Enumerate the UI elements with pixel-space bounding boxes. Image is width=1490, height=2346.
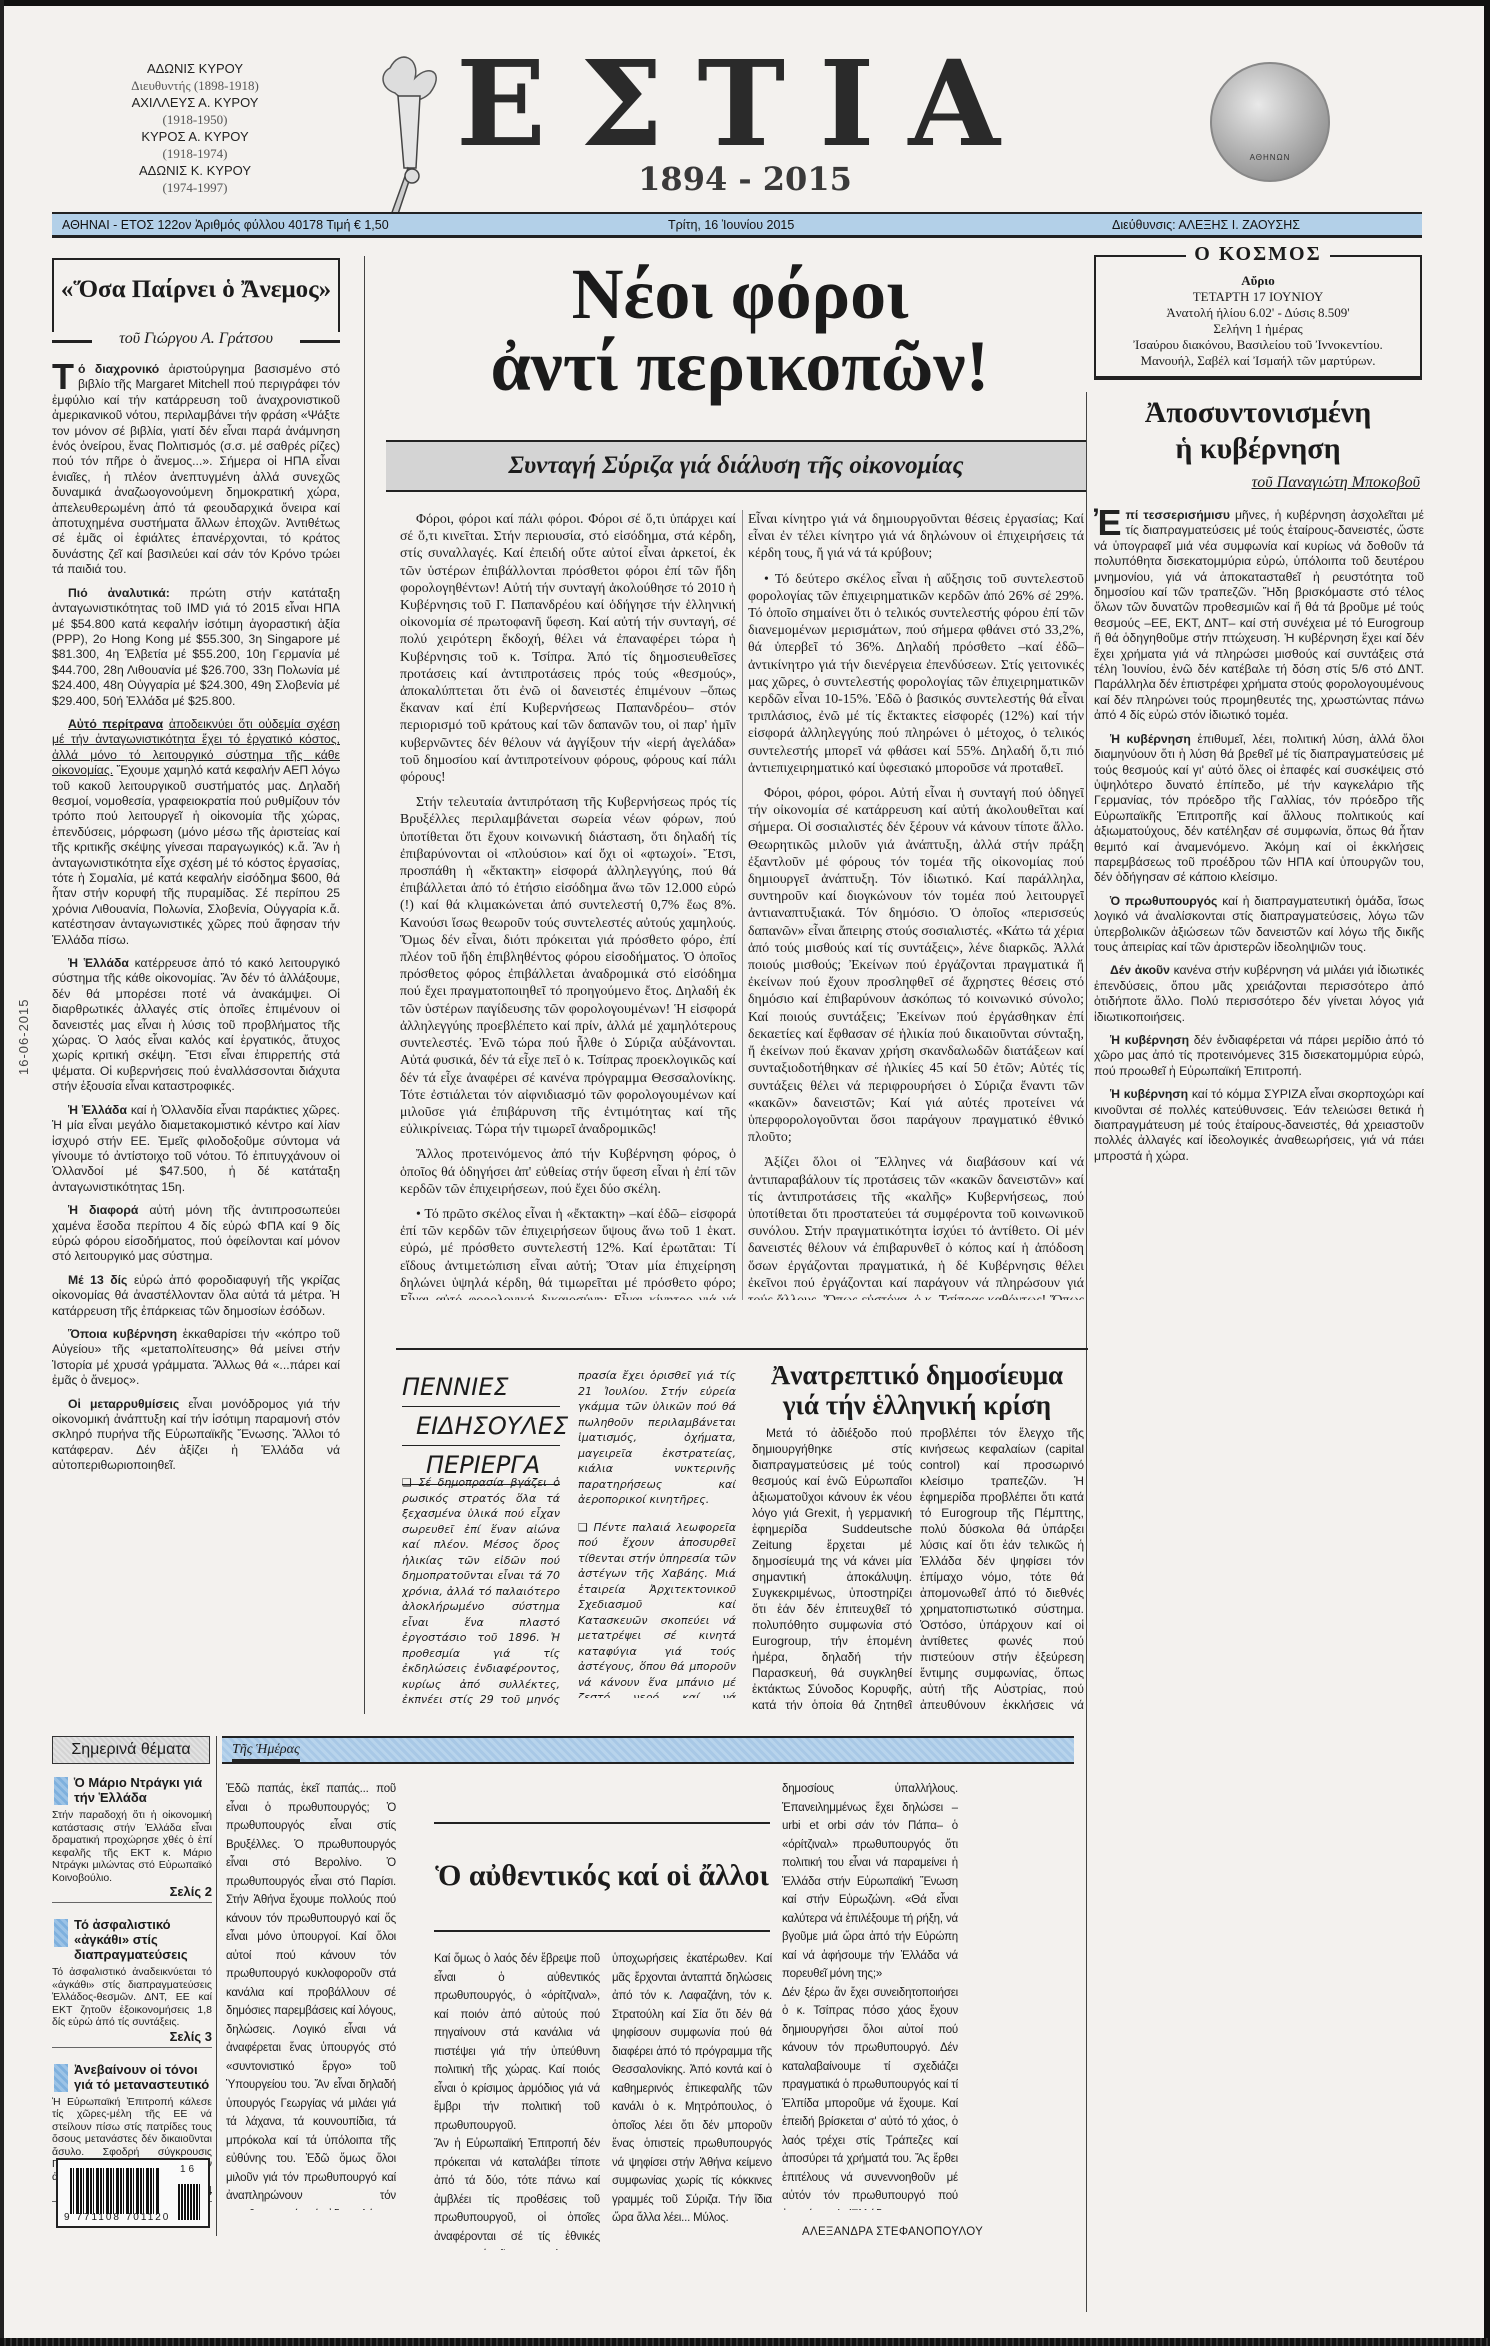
kosmos-date: ΤΕΤΑΡΤΗ 17 ΙΟΥΝΙΟΥ: [1096, 289, 1420, 305]
kosmos-moon: Σελήνη 1 ἡμέρας: [1096, 321, 1420, 337]
main-subheadline: Συνταγή Σύριζα γιά διάλυση τῆς οἰκονομία…: [386, 440, 1086, 492]
masthead: ΕΣΤΙΑ 1894 - 2015: [380, 40, 1110, 196]
kosmos-box: Ο ΚΟΣΜΟΣ Αὔριο ΤΕΤΑΡΤΗ 17 ΙΟΥΝΙΟΥ Ἀνατολ…: [1094, 255, 1422, 380]
barcode-addon: 16: [180, 2164, 197, 2175]
right-article-byline: τοῦ Παναγιώτη Μποκοβοῦ: [1094, 474, 1420, 492]
day-section-bar: Τῆς Ἡμέρας: [222, 1736, 1074, 1764]
issue-info-bar: ΑΘΗΝΑΙ - ΕΤΟΣ 122ον Ἀριθμός φύλλου 40178…: [52, 212, 1422, 238]
article-2-title: Ἀνατρεπτικό δημοσίευμα γιά τήν ἑλληνική …: [750, 1360, 1084, 1420]
director-name: Διεύθυνσις: ΑΛΕΞΗΣ Ι. ΖΑΟΥΣΗΣ: [1112, 218, 1300, 232]
issue-number: ΑΘΗΝΑΙ - ΕΤΟΣ 122ον Ἀριθμός φύλλου 40178…: [62, 218, 389, 232]
right-article-title: Ἀποσυντονισμένη ἡ κυβέρνηση: [1094, 395, 1422, 467]
column-divider: [364, 256, 365, 1714]
pennies-section-title: ΠΕΝΝΙΕΣ ΕΙΔΗΣΟΥΛΕΣ ΠΕΡΙΕΡΓΑ: [402, 1368, 560, 1485]
day-title-box: Ὁ αὐθεντικός καί οἱ ἄλλοι: [434, 1822, 770, 1932]
coin-emblem-icon: ΑΘΗΝΩΝ: [1210, 62, 1330, 182]
dropcap: Τ: [52, 362, 74, 392]
topic-summary: Τό ἀσφαλιστικό ἀναδεικνύεται τό «ἀγκάθι»…: [52, 1966, 212, 2029]
barcode-addon-bars-icon: [178, 2184, 200, 2220]
topic-page: Σελίς 2: [52, 1884, 212, 1899]
founder-name: ΑΧΙΛΛΕΥΣ Α. ΚΥΡΟΥ: [100, 94, 290, 111]
today-topics-title: Σημερινά θέματα: [52, 1736, 210, 1764]
founder-years: (1918-1950): [100, 111, 290, 128]
right-article-body: Ἐπί τεσσερισήμισυ μῆνες, ἡ κυβέρνηση ἀσχ…: [1094, 508, 1424, 2248]
page-border-right: [1484, 0, 1490, 2346]
today-topics-list: Ὁ Μάριο Ντράγκι γιά τήν Ἑλλάδα Στήν παρα…: [52, 1775, 212, 2216]
kosmos-tomorrow: Αὔριο: [1096, 273, 1420, 289]
kosmos-sun: Ἀνατολή ἡλίου 6.02' - Δύσις 8.509': [1096, 305, 1420, 321]
founder-name: ΚΥΡΟΣ Α. ΚΥΡΟΥ: [100, 128, 290, 145]
topic-item[interactable]: Ὁ Μάριο Ντράγκι γιά τήν Ἑλλάδα Στήν παρα…: [52, 1775, 212, 1903]
left-article-body: Τό διαχρονικό ἀριστούργημα βασισμένο στό…: [52, 362, 340, 1682]
day-column-4: δημοσίους ὑπαλλήλους. Ἐπανειλημμένως ἔχε…: [782, 1780, 958, 2210]
main-article-column-1: Φόροι, φόροι καί πάλι φόροι. Φόροι σέ ὅ,…: [400, 510, 736, 1300]
section-divider: [396, 1348, 1088, 1350]
topic-headline: Ὁ Μάριο Ντράγκι γιά τήν Ἑλλάδα: [52, 1775, 212, 1805]
founders-list: ΑΔΩΝΙΣ ΚΥΡΟΥ Διευθυντής (1898-1918) ΑΧΙΛ…: [100, 60, 290, 196]
left-article-title: «Ὅσα Παίρνει ὁ Ἄνεμος»: [54, 276, 338, 304]
topic-headline: Ἀνεβαίνουν οἱ τόνοι γιά τό μεταναστευτικ…: [52, 2062, 212, 2092]
barcode-bars-icon: [70, 2168, 160, 2214]
day-column-3: ὑποχωρήσεις ἐκατέρωθεν. Καί μᾶς ἔρχονται…: [612, 1950, 772, 2250]
founder-years: (1918-1974): [100, 145, 290, 162]
topic-headline: Τό ἀσφαλιστικό «ἀγκάθι» στίς διαπραγματε…: [52, 1917, 212, 1962]
founder-years: Διευθυντής (1898-1918): [100, 77, 290, 94]
column-divider: [1086, 392, 1087, 2312]
main-article-column-2: Εἶναι κίνητρο γιά νά δημιουργοῦνται θέσε…: [748, 510, 1084, 1300]
founder-name: ΑΔΩΝΙΣ Κ. ΚΥΡΟΥ: [100, 162, 290, 179]
founder-name: ΑΔΩΝΙΣ ΚΥΡΟΥ: [100, 60, 290, 77]
left-article-header: «Ὅσα Παίρνει ὁ Ἄνεμος»: [52, 258, 340, 332]
pennies-column-1: ❑ Σέ δημοπρασία βγάζει ὁ ρωσικός στρατός…: [402, 1475, 560, 1705]
column-divider: [742, 510, 743, 1300]
newspaper-title: ΕΣΤΙΑ: [380, 40, 1110, 168]
page-border-bottom: [0, 2338, 1490, 2346]
topic-page: Σελίς 3: [52, 2029, 212, 2044]
topic-item[interactable]: Τό ἀσφαλιστικό «ἀγκάθι» στίς διαπραγματε…: [52, 1917, 212, 2048]
column-divider: [216, 1736, 217, 2236]
kosmos-title: Ο ΚΟΣΜΟΣ: [1096, 243, 1420, 266]
barcode-number: 9 771108 701120: [64, 2212, 170, 2223]
pennies-column-2: πρασία ἔχει ὁρισθεῖ γιά τίς 21 Ἰουλίου. …: [578, 1368, 736, 1698]
founder-years: (1974-1997): [100, 179, 290, 196]
day-author-signature: ΑΛΕΞΑΝΔΡΑ ΣΤΕΦΑΝΟΠΟΥΛΟΥ: [802, 2226, 983, 2238]
day-section-label: Τῆς Ἡμέρας: [232, 1742, 300, 1762]
side-date: 16-06-2015: [16, 999, 31, 1076]
barcode: 9 771108 701120 16: [56, 2158, 210, 2228]
day-title: Ὁ αὐθεντικός καί οἱ ἄλλοι: [434, 1824, 770, 1928]
dropcap: Ἐ: [1094, 508, 1122, 538]
kosmos-saints: Μανουήλ, Σαβέλ καί Ἰσμαήλ τῶν μαρτύρων.: [1096, 353, 1420, 369]
coin-inscription: ΑΘΗΝΩΝ: [1250, 153, 1291, 162]
issue-date: Τρίτη, 16 Ἰουνίου 2015: [668, 218, 794, 232]
page-border-top: [0, 0, 1490, 6]
article-2-column-1: Μετά τό ἀδιέξοδο πού δημιουργήθηκε στίς …: [752, 1425, 912, 1710]
main-headline: Νέοι φόροι ἀντί περικοπῶν!: [380, 258, 1100, 402]
article-2-column-2: προβλέπει τόν ἔλεγχο τῆς κινήσεως κεφαλα…: [920, 1425, 1084, 1710]
page-border-left: [0, 0, 4, 2346]
kosmos-saints: Ἰσαύρου διακόνου, Βασιλείου τοῦ Ἰννοκεντ…: [1096, 337, 1420, 353]
topic-summary: Στήν παραδοχή ὅτι ἡ οἰκονομική κατάστασι…: [52, 1809, 212, 1884]
day-column-1: Ἐδῶ παπάς, ἐκεῖ παπάς... ποῦ εἶναι ὁ πρω…: [226, 1780, 396, 2210]
day-column-2: Καί ὅμως ὁ λαός δέν ἔβρεψε ποῦ εἶναι ὁ α…: [434, 1950, 600, 2250]
left-article-byline: τοῦ Γιώργου Α. Γράτσου: [52, 330, 340, 348]
